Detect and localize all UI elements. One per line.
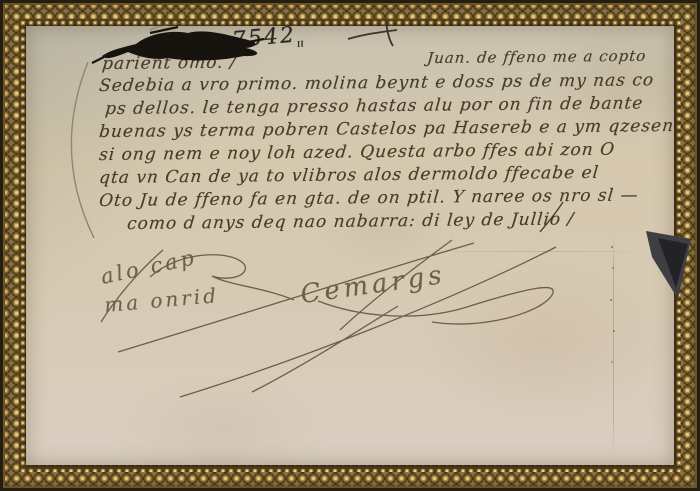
- horizontal-fold-crease: [420, 251, 656, 252]
- catalog-number-suffix: ıı: [296, 36, 304, 50]
- framed-manuscript: 7542ıı Juan. de ffeno me a copto parient…: [0, 0, 700, 491]
- header-annotation: Juan. de ffeno me a copto: [426, 47, 647, 67]
- vertical-fold-crease: [613, 236, 614, 460]
- salutation-line: parient omo. /: [101, 53, 238, 74]
- catalog-number-value: 7542: [231, 23, 297, 53]
